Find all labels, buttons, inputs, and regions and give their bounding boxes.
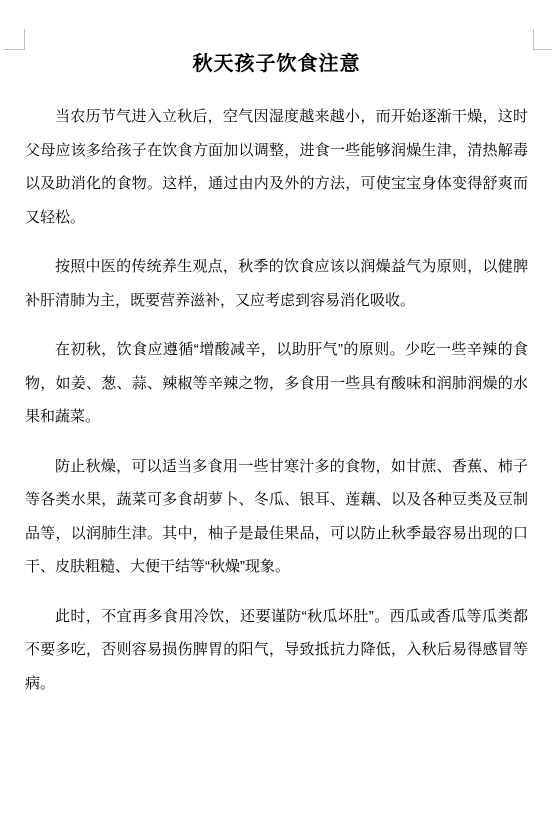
paragraph-2: 按照中医的传统养生观点，秋季的饮食应该以润燥益气为原则，以健脾补肝清肺为主，既要… bbox=[25, 250, 528, 317]
paragraph-3: 在初秋，饮食应遵循“增酸减辛，以助肝气”的原则。少吃一些辛辣的食物，如姜、葱、蒜… bbox=[25, 333, 528, 434]
paragraph-4: 防止秋燥，可以适当多食用一些甘寒汁多的食物，如甘蔗、香蕉、柿子等各类水果，蔬菜可… bbox=[25, 450, 528, 584]
document-title: 秋天孩子饮食注意 bbox=[25, 51, 528, 77]
text-boundary-mark-top-right bbox=[533, 29, 552, 50]
document-content: 秋天孩子饮食注意 当农历节气进入立秋后，空气因湿度越来越小，而开始逐渐干燥，这时… bbox=[25, 49, 528, 716]
text-boundary-mark-top-left bbox=[4, 29, 25, 50]
paragraph-1: 当农历节气进入立秋后，空气因湿度越来越小，而开始逐渐干燥，这时父母应该多给孩子在… bbox=[25, 100, 528, 234]
paragraph-5: 此时，不宜再多食用冷饮，还要谨防“秋瓜坏肚”。西瓜或香瓜等瓜类都不要多吃，否则容… bbox=[25, 600, 528, 701]
document-page: 秋天孩子饮食注意 当农历节气进入立秋后，空气因湿度越来越小，而开始逐渐干燥，这时… bbox=[0, 0, 552, 826]
